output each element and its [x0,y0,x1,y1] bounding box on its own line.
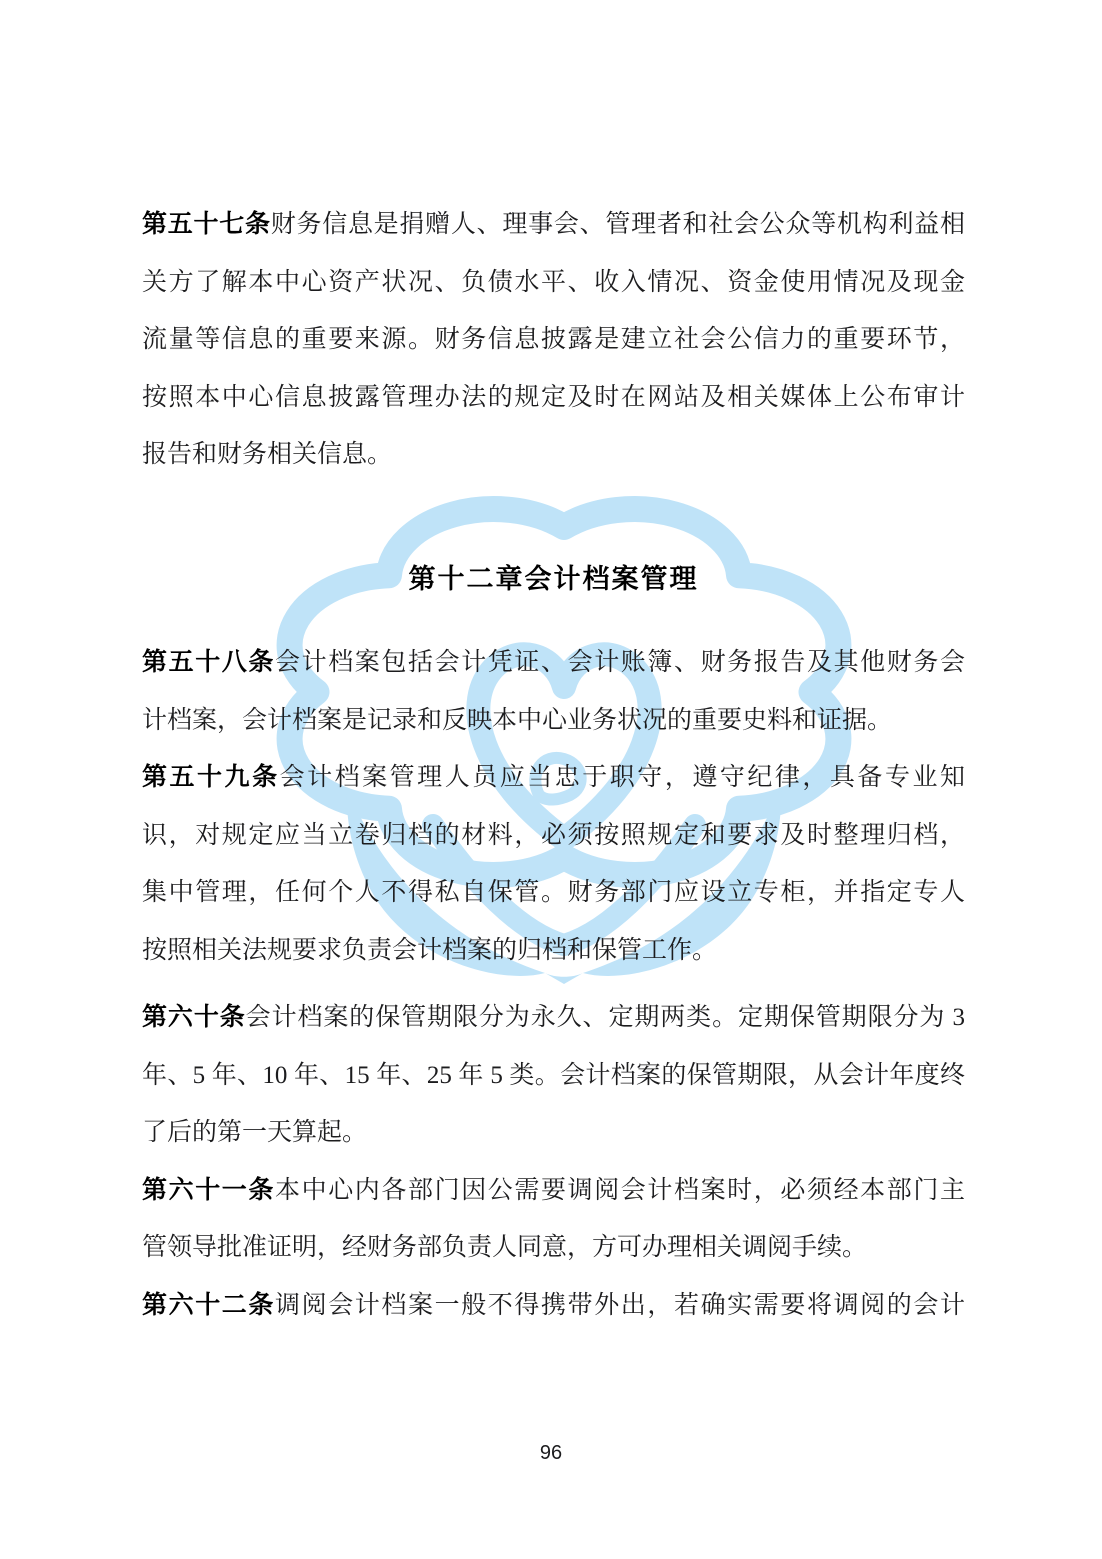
article-60-line: 了后的第一天算起。 [142,1104,965,1162]
article-60-text: 会计档案的保管期限分为永久、定期两类。定期保管期限分为 3 [246,1004,965,1031]
article-57-text: 财务信息是捐赠人、理事会、管理者和社会公众等机构利益相 [271,211,965,238]
article-58: 第五十八条会计档案包括会计凭证、会计账簿、财务报告及其他财务会 计档案，会计档案… [142,634,965,749]
article-58-line: 计档案，会计档案是记录和反映本中心业务状况的重要史料和证据。 [142,692,965,750]
article-57-line: 第五十七条财务信息是捐赠人、理事会、管理者和社会公众等机构利益相 [142,196,965,254]
article-59-line: 识，对规定应当立卷归档的材料，必须按照规定和要求及时整理归档， [142,807,965,865]
article-62-text: 调阅会计档案一般不得携带外出，若确实需要将调阅的会计 [275,1292,965,1319]
article-59-line: 按照相关法规要求负责会计档案的归档和保管工作。 [142,922,965,980]
article-59-line: 第五十九条会计档案管理人员应当忠于职守，遵守纪律，具备专业知 [142,749,965,807]
article-62-number: 第六十二条 [142,1292,275,1319]
article-59-line: 集中管理，任何个人不得私自保管。财务部门应设立专柜，并指定专人 [142,864,965,922]
article-58-line: 第五十八条会计档案包括会计凭证、会计账簿、财务报告及其他财务会 [142,634,965,692]
article-61: 第六十一条本中心内各部门因公需要调阅会计档案时，必须经本部门主 管领导批准证明，… [142,1162,965,1277]
article-58-text: 会计档案包括会计凭证、会计账簿、财务报告及其他财务会 [275,649,965,676]
page-number: 96 [0,1442,1102,1465]
document-page: 第五十七条财务信息是捐赠人、理事会、管理者和社会公众等机构利益相 关方了解本中心… [0,0,1102,1559]
article-61-line: 第六十一条本中心内各部门因公需要调阅会计档案时，必须经本部门主 [142,1162,965,1220]
article-61-line: 管领导批准证明，经财务部负责人同意，方可办理相关调阅手续。 [142,1219,965,1277]
article-61-number: 第六十一条 [142,1177,275,1204]
article-58-number: 第五十八条 [142,649,275,676]
article-60-line: 第六十条会计档案的保管期限分为永久、定期两类。定期保管期限分为 3 [142,989,965,1047]
article-62: 第六十二条调阅会计档案一般不得携带外出，若确实需要将调阅的会计 [142,1277,965,1335]
article-60-line: 年、5 年、10 年、15 年、25 年 5 类。会计档案的保管期限，从会计年度… [142,1047,965,1105]
article-57-line: 按照本中心信息披露管理办法的规定及时在网站及相关媒体上公布审计 [142,369,965,427]
article-57-line: 关方了解本中心资产状况、负债水平、收入情况、资金使用情况及现金 [142,254,965,312]
chapter-12-heading: 第十二章会计档案管理 [142,551,965,609]
page-content: 第五十七条财务信息是捐赠人、理事会、管理者和社会公众等机构利益相 关方了解本中心… [142,196,965,1334]
article-60: 第六十条会计档案的保管期限分为永久、定期两类。定期保管期限分为 3 年、5 年、… [142,989,965,1162]
article-57-line: 流量等信息的重要来源。财务信息披露是建立社会公信力的重要环节， [142,311,965,369]
article-61-text: 本中心内各部门因公需要调阅会计档案时，必须经本部门主 [275,1177,965,1204]
article-62-line: 第六十二条调阅会计档案一般不得携带外出，若确实需要将调阅的会计 [142,1277,965,1335]
article-57: 第五十七条财务信息是捐赠人、理事会、管理者和社会公众等机构利益相 关方了解本中心… [142,196,965,484]
article-59-number: 第五十九条 [142,764,280,791]
article-60-number: 第六十条 [142,1004,246,1031]
article-57-line: 报告和财务相关信息。 [142,426,965,484]
article-57-number: 第五十七条 [142,211,271,238]
article-59: 第五十九条会计档案管理人员应当忠于职守，遵守纪律，具备专业知 识，对规定应当立卷… [142,749,965,979]
article-59-text: 会计档案管理人员应当忠于职守，遵守纪律，具备专业知 [280,764,965,791]
